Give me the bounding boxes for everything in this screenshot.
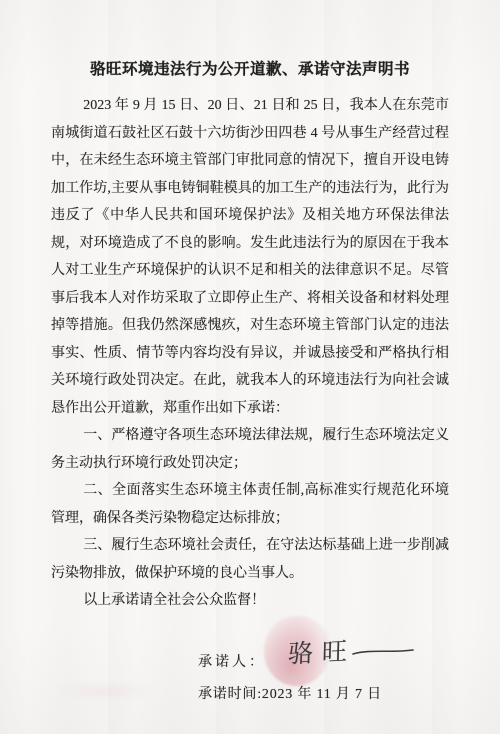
paragraph-closing: 以上承诺请全社会公众监督！ <box>51 587 449 615</box>
signature-row: 承诺人： 骆旺 <box>198 638 500 680</box>
paragraph-intro: 2023 年 9 月 15 日、20 日、21 日和 25 日，我本人在东莞市南… <box>51 92 449 422</box>
signatory-label: 承诺人： <box>198 655 266 670</box>
statement-document-page: 骆旺环境违法行为公开道歉、承诺守法声明书 2023 年 9 月 15 日、20 … <box>0 0 500 734</box>
paragraph-commitment-3: 三、履行生态环境社会责任，在守法达标基础上进一步削减污染物排放，做保护环境的良心… <box>51 532 449 587</box>
date-row: 承诺时间:2023 年 11 月 7 日 <box>198 683 500 703</box>
scan-smudge <box>58 682 154 700</box>
date-label: 承诺时间: <box>198 687 262 702</box>
signature-name: 骆旺 <box>287 631 356 670</box>
document-title: 骆旺环境违法行为公开道歉、承诺守法声明书 <box>0 0 500 79</box>
document-body: 2023 年 9 月 15 日、20 日、21 日和 25 日，我本人在东莞市南… <box>51 92 449 615</box>
signature-tail-stroke <box>351 645 415 659</box>
date-value: 2023 年 11 月 7 日 <box>262 687 382 702</box>
paragraph-commitment-1: 一、严格遵守各项生态环境法律法规，履行生态环境法定义务主动执行环境行政处罚决定； <box>51 422 449 477</box>
paragraph-commitment-2: 二、全面落实生态环境主体责任制,高标准实行规范化环境管理，确保各类污染物稳定达标… <box>51 477 449 532</box>
